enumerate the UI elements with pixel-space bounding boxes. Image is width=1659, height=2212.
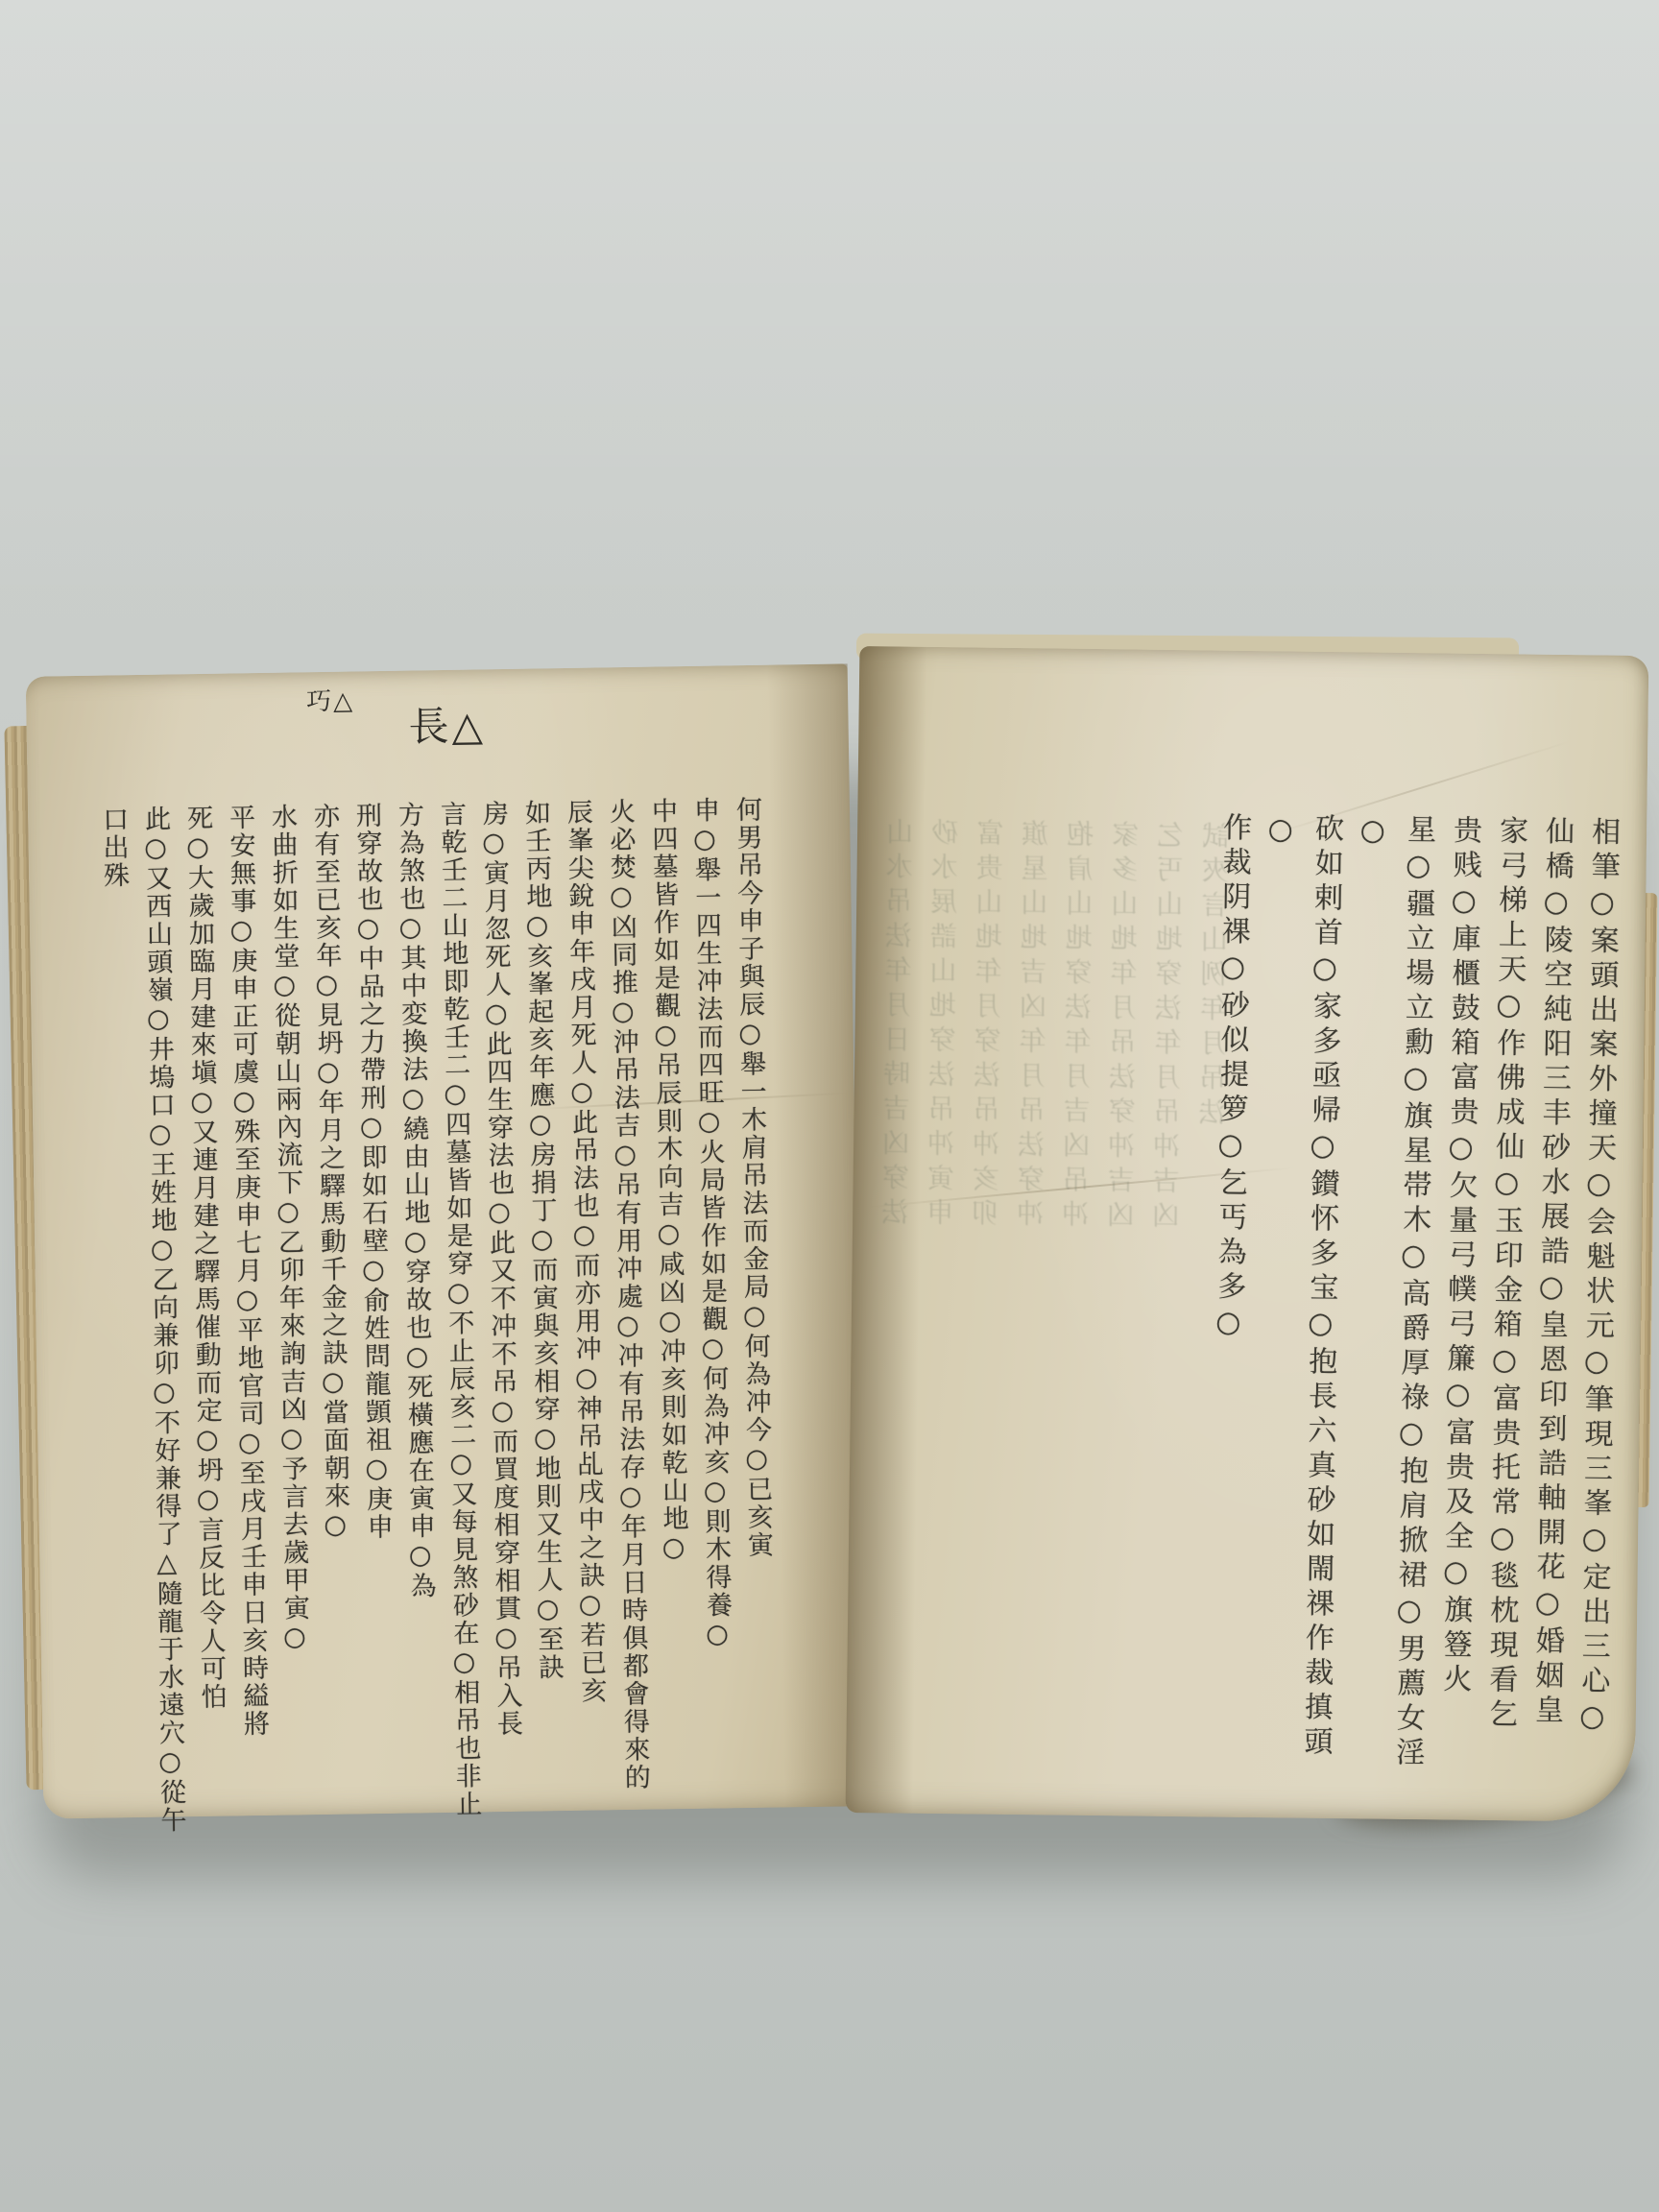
- manuscript-column: 此○又西山頭嶺○井塢口○王姓地○乙向兼卯○不好兼得了△隨龍于水遠穴○從午口出殊: [91, 805, 192, 1842]
- right-page-text-block: 相筆○案頭出案外撞天○会魁状元○筆現三峯○定出三心○仙橋○陵空純阳三丰砂水展誥○…: [1276, 812, 1625, 1788]
- surface-glare: [0, 0, 1659, 614]
- manuscript-column: 星○疆立場立勳○旗星帯木○高爵厚祿○抱肩掀裙○男薦女淫○: [1337, 813, 1441, 1786]
- left-page-text-block: 何男吊今申子與辰○舉一木肩吊法而金局○何為冲今○已亥寅申○舉一四生冲法而四旺○火…: [95, 796, 783, 1843]
- right-page: 山水吊法年月日時吉凶穿法砂水展誥山地穿法吊冲寅申富贵山地年月穿法吊冲亥卯旗星山地…: [846, 646, 1649, 1822]
- margin-mark-large: 長△: [408, 694, 486, 753]
- manuscript-column: 砍如剌首○家多亟帰○鑚怀多宝○抱長六真砂如閙祼作裁搷頭○: [1245, 812, 1349, 1785]
- left-page: 巧△ 長△ 何男吊今申子與辰○舉一木肩吊法而金局○何為冲今○已亥寅申○舉一四生冲…: [26, 663, 866, 1818]
- photo-scene: 巧△ 長△ 何男吊今申子與辰○舉一木肩吊法而金局○何為冲今○已亥寅申○舉一四生冲…: [0, 0, 1659, 2212]
- margin-mark-small: 巧△: [306, 681, 355, 717]
